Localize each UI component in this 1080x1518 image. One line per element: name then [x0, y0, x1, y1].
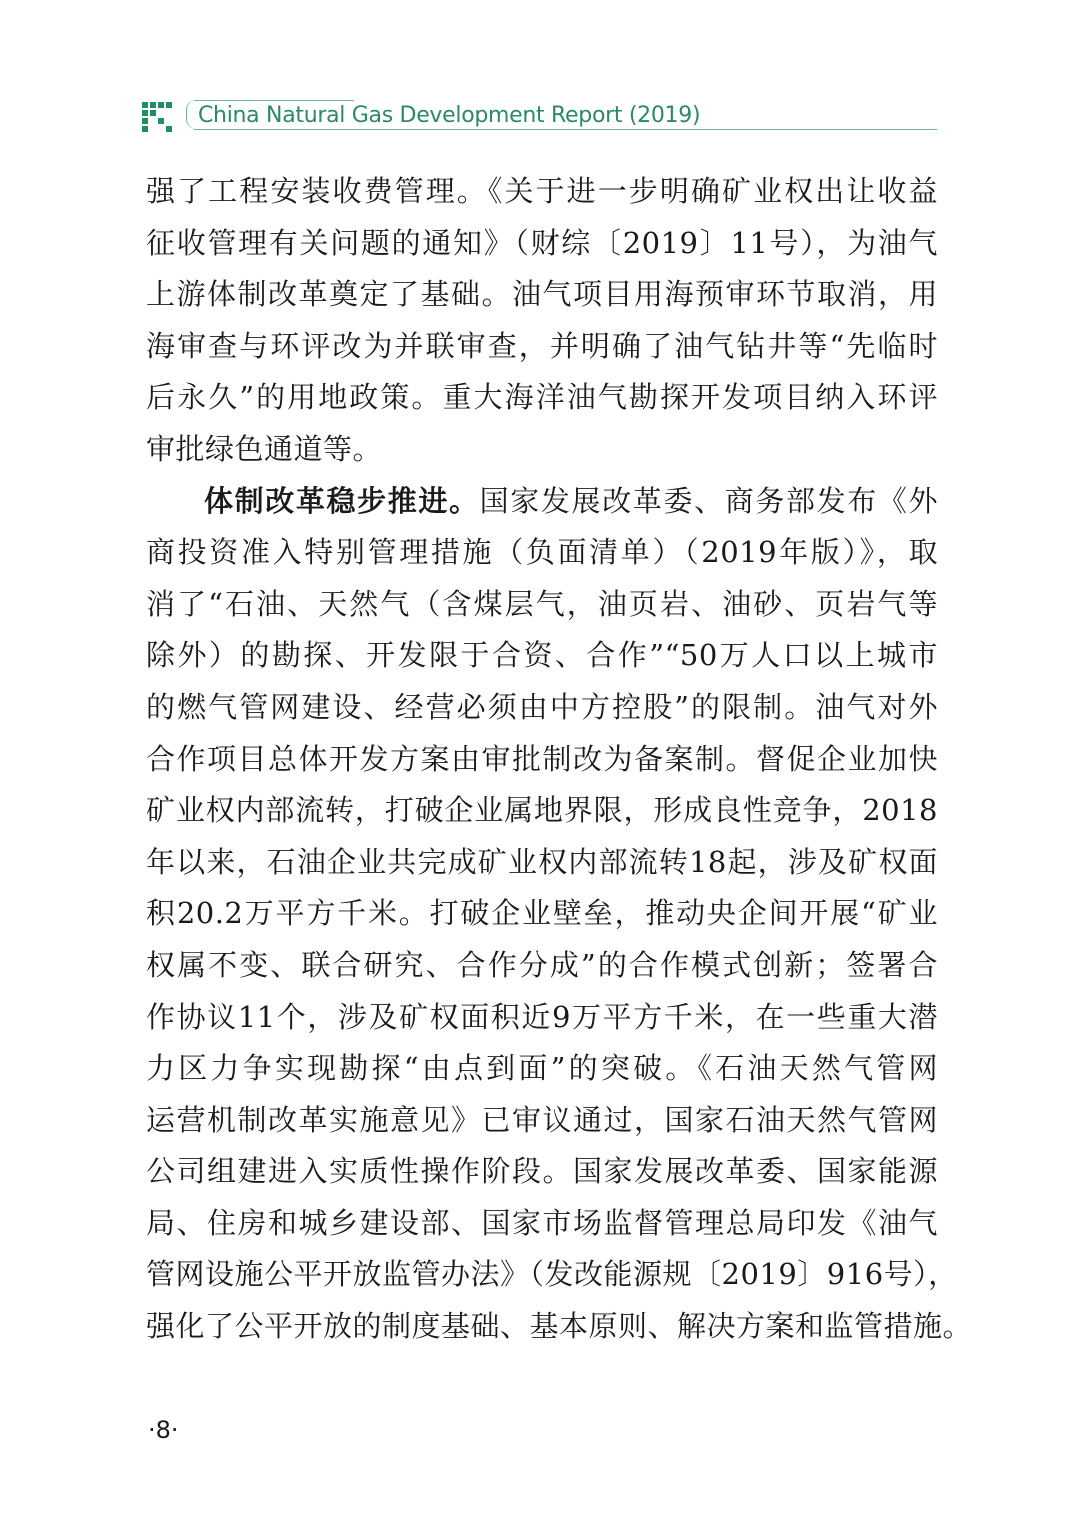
text-line: 运营机制改革实施意见》已审议通过，国家石油天然气管网 — [146, 1095, 938, 1147]
text-line: 权属不变、联合研究、合作分成”的合作模式创新；签署合 — [146, 940, 938, 992]
text-line: 合作项目总体开发方案由审批制改为备案制。督促企业加快 — [146, 734, 938, 786]
text-line: 作协议11个，涉及矿权面积近9万平方千米，在一些重大潜 — [146, 992, 938, 1044]
paragraph-1: 强了工程安装收费管理。《关于进一步明确矿业权出让收益 征收管理有关问题的通知》（… — [146, 166, 938, 476]
text-line: 海审查与环评改为并联审查，并明确了油气钻井等“先临时 — [146, 321, 938, 373]
text-line: 公司组建进入实质性操作阶段。国家发展改革委、国家能源 — [146, 1146, 938, 1198]
pixel-grid-logo-icon — [142, 102, 176, 132]
text-line: 管网设施公平开放监管办法》（发改能源规〔2019〕916号）， — [146, 1249, 938, 1301]
header-title: China Natural Gas Development Report (20… — [198, 102, 700, 130]
text-line: 力区力争实现勘探“由点到面”的突破。《石油天然气管网 — [146, 1043, 938, 1095]
text-line: 强化了公平开放的制度基础、基本原则、解决方案和监管措施。 — [146, 1301, 938, 1353]
text-line: 矿业权内部流转，打破企业属地界限，形成良性竞争，2018 — [146, 785, 938, 837]
text-line: 征收管理有关问题的通知》（财综〔2019〕11号），为油气 — [146, 218, 938, 270]
running-header: China Natural Gas Development Report (20… — [142, 100, 937, 134]
paragraph-2: 体制改革稳步推进。国家发展改革委、商务部发布《外 商投资准入特别管理措施（负面清… — [146, 476, 938, 1353]
text-line: 上游体制改革奠定了基础。油气项目用海预审环节取消，用 — [146, 269, 938, 321]
text-line: 商投资准入特别管理措施（负面清单）（2019年版）》，取 — [146, 527, 938, 579]
paragraph-lead-heading: 体制改革稳步推进。 — [204, 484, 480, 518]
text-line-first: 体制改革稳步推进。国家发展改革委、商务部发布《外 — [146, 476, 938, 528]
text-line: 局、住房和城乡建设部、国家市场监督管理总局印发《油气 — [146, 1198, 938, 1250]
text-line: 除外）的勘探、开发限于合资、合作”“50万人口以上城市 — [146, 630, 938, 682]
header-title-frame: China Natural Gas Development Report (20… — [186, 100, 937, 130]
body-text: 强了工程安装收费管理。《关于进一步明确矿业权出让收益 征收管理有关问题的通知》（… — [146, 166, 938, 1353]
text-line: 审批绿色通道等。 — [146, 424, 938, 476]
text-line: 强了工程安装收费管理。《关于进一步明确矿业权出让收益 — [146, 166, 938, 218]
header-top-rule — [194, 100, 354, 101]
text-line: 积20.2万平方千米。打破企业壁垒，推动央企间开展“矿业 — [146, 888, 938, 940]
text-run: 国家发展改革委、商务部发布《外 — [480, 484, 938, 518]
text-line: 的燃气管网建设、经营必须由中方控股”的限制。油气对外 — [146, 682, 938, 734]
page-number: ·8· — [148, 1416, 179, 1444]
text-line: 消了“石油、天然气（含煤层气，油页岩、油砂、页岩气等 — [146, 579, 938, 631]
text-line: 后永久”的用地政策。重大海洋油气勘探开发项目纳入环评 — [146, 372, 938, 424]
text-line: 年以来，石油企业共完成矿业权内部流转18起，涉及矿权面 — [146, 837, 938, 889]
